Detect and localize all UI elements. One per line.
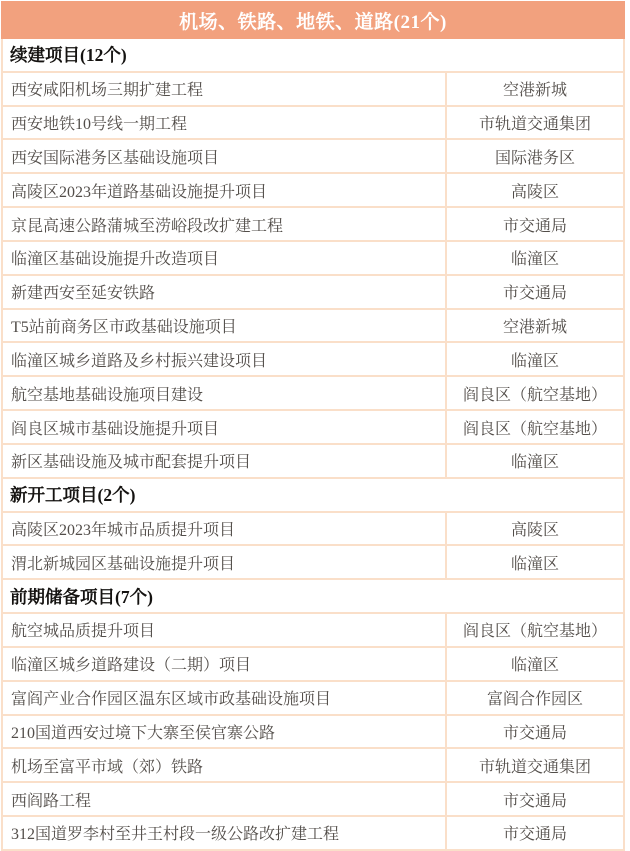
table-row: 阎良区城市基础设施提升项目阎良区（航空基地）	[3, 411, 623, 445]
project-name-cell: T5站前商务区市政基础设施项目	[3, 310, 445, 342]
project-name-cell: 210国道西安过境下大寨至侯官寨公路	[3, 716, 445, 748]
responsible-unit-cell: 阎良区（航空基地）	[445, 377, 623, 409]
responsible-unit-cell: 阎良区（航空基地）	[445, 411, 623, 443]
responsible-unit-cell: 市交通局	[445, 783, 623, 815]
responsible-unit-cell: 富阎合作园区	[445, 682, 623, 714]
table-row: 京昆高速公路蒲城至涝峪段改扩建工程市交通局	[3, 208, 623, 242]
project-name-cell: 西安国际港务区基础设施项目	[3, 140, 445, 172]
project-name-cell: 西安咸阳机场三期扩建工程	[3, 73, 445, 105]
project-name-cell: 临潼区城乡道路及乡村振兴建设项目	[3, 343, 445, 375]
section-header: 前期储备项目(7个)	[3, 580, 623, 614]
responsible-unit-cell: 临潼区	[445, 242, 623, 274]
table-row: 西安国际港务区基础设施项目国际港务区	[3, 140, 623, 174]
project-name-cell: 航空基地基础设施项目建设	[3, 377, 445, 409]
responsible-unit-cell: 阎良区（航空基地）	[445, 614, 623, 646]
table-row: 航空基地基础设施项目建设阎良区（航空基地）	[3, 377, 623, 411]
table-row: 机场至富平市域（郊）铁路市轨道交通集团	[3, 749, 623, 783]
project-name-cell: 航空城品质提升项目	[3, 614, 445, 646]
table-row: 高陵区2023年城市品质提升项目高陵区	[3, 513, 623, 547]
project-table: 机场、铁路、地铁、道路(21个) 续建项目(12个)西安咸阳机场三期扩建工程空港…	[1, 1, 625, 851]
responsible-unit-cell: 临潼区	[445, 648, 623, 680]
responsible-unit-cell: 高陵区	[445, 174, 623, 206]
table-row: 临潼区城乡道路及乡村振兴建设项目临潼区	[3, 343, 623, 377]
table-row: 西阎路工程市交通局	[3, 783, 623, 817]
project-name-cell: 富阎产业合作园区温东区域市政基础设施项目	[3, 682, 445, 714]
responsible-unit-cell: 市交通局	[445, 276, 623, 308]
table-row: 西安咸阳机场三期扩建工程空港新城	[3, 73, 623, 107]
responsible-unit-cell: 空港新城	[445, 310, 623, 342]
table-title-bar: 机场、铁路、地铁、道路(21个)	[1, 1, 625, 39]
table-row: 312国道罗李村至井王村段一级公路改扩建工程市交通局	[3, 817, 623, 851]
table-row: 临潼区基础设施提升改造项目临潼区	[3, 242, 623, 276]
table-row: 新区基础设施及城市配套提升项目临潼区	[3, 445, 623, 479]
responsible-unit-cell: 临潼区	[445, 445, 623, 477]
responsible-unit-cell: 市轨道交通集团	[445, 749, 623, 781]
table-row: 高陵区2023年道路基础设施提升项目高陵区	[3, 174, 623, 208]
project-name-cell: 渭北新城园区基础设施提升项目	[3, 546, 445, 578]
project-name-cell: 高陵区2023年城市品质提升项目	[3, 513, 445, 545]
project-name-cell: 高陵区2023年道路基础设施提升项目	[3, 174, 445, 206]
table-row: 临潼区城乡道路建设（二期）项目临潼区	[3, 648, 623, 682]
project-name-cell: 临潼区城乡道路建设（二期）项目	[3, 648, 445, 680]
table-row: T5站前商务区市政基础设施项目空港新城	[3, 310, 623, 344]
project-name-cell: 阎良区城市基础设施提升项目	[3, 411, 445, 443]
responsible-unit-cell: 市交通局	[445, 817, 623, 849]
responsible-unit-cell: 临潼区	[445, 546, 623, 578]
project-name-cell: 京昆高速公路蒲城至涝峪段改扩建工程	[3, 208, 445, 240]
project-name-cell: 西阎路工程	[3, 783, 445, 815]
table-row: 新建西安至延安铁路市交通局	[3, 276, 623, 310]
project-name-cell: 新建西安至延安铁路	[3, 276, 445, 308]
table-row: 西安地铁10号线一期工程市轨道交通集团	[3, 107, 623, 141]
project-name-cell: 312国道罗李村至井王村段一级公路改扩建工程	[3, 817, 445, 849]
table-row: 富阎产业合作园区温东区域市政基础设施项目富阎合作园区	[3, 682, 623, 716]
section-title: 前期储备项目(7个)	[10, 584, 153, 609]
section-header: 新开工项目(2个)	[3, 479, 623, 513]
project-name-cell: 西安地铁10号线一期工程	[3, 107, 445, 139]
responsible-unit-cell: 市轨道交通集团	[445, 107, 623, 139]
table-row: 渭北新城园区基础设施提升项目临潼区	[3, 546, 623, 580]
table-row: 航空城品质提升项目阎良区（航空基地）	[3, 614, 623, 648]
project-name-cell: 新区基础设施及城市配套提升项目	[3, 445, 445, 477]
responsible-unit-cell: 国际港务区	[445, 140, 623, 172]
responsible-unit-cell: 空港新城	[445, 73, 623, 105]
table-row: 210国道西安过境下大寨至侯官寨公路市交通局	[3, 716, 623, 750]
responsible-unit-cell: 市交通局	[445, 208, 623, 240]
section-header: 续建项目(12个)	[3, 39, 623, 73]
section-title: 续建项目(12个)	[10, 42, 127, 67]
responsible-unit-cell: 市交通局	[445, 716, 623, 748]
responsible-unit-cell: 临潼区	[445, 343, 623, 375]
section-title: 新开工项目(2个)	[10, 482, 135, 507]
project-name-cell: 临潼区基础设施提升改造项目	[3, 242, 445, 274]
table-title: 机场、铁路、地铁、道路(21个)	[179, 7, 447, 34]
table-body: 续建项目(12个)西安咸阳机场三期扩建工程空港新城西安地铁10号线一期工程市轨道…	[1, 39, 625, 851]
project-name-cell: 机场至富平市域（郊）铁路	[3, 749, 445, 781]
responsible-unit-cell: 高陵区	[445, 513, 623, 545]
